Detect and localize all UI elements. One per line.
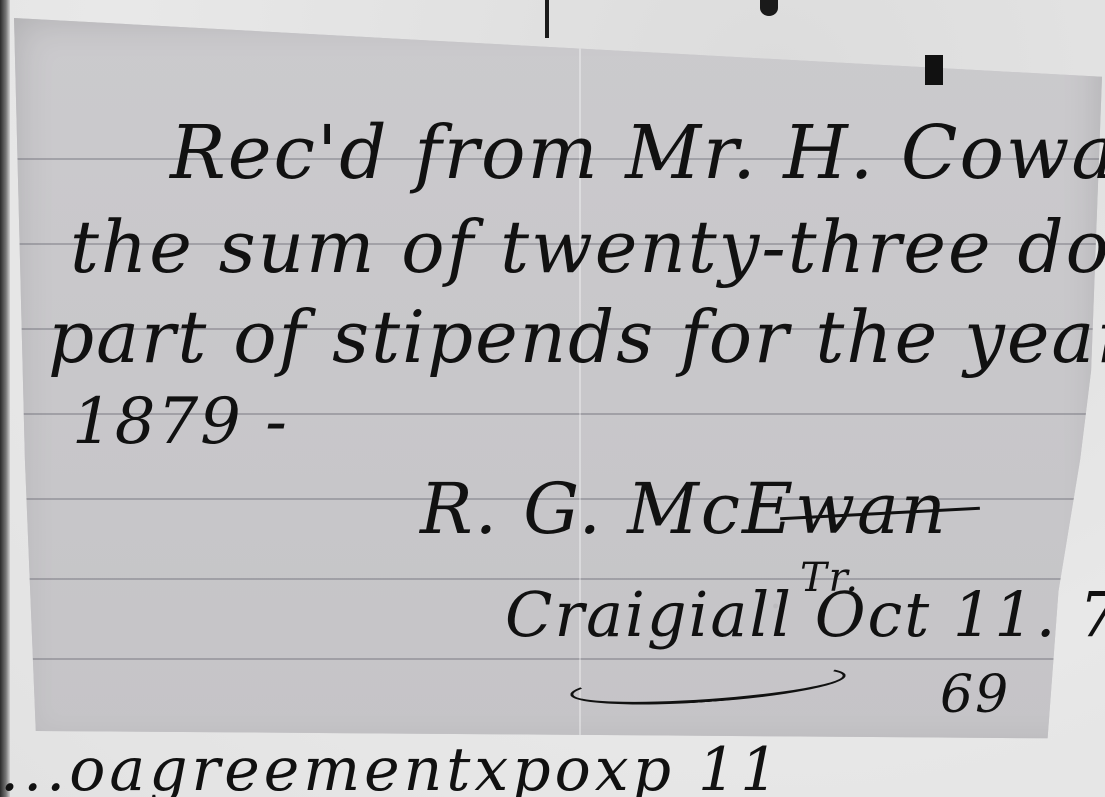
date-year: 69 xyxy=(940,665,1010,725)
signature-name: R. G. McEwan xyxy=(420,468,948,550)
receipt-line-1: Rec'd from Mr. H. Cowan xyxy=(170,110,1105,196)
receipt-line-3: part of stipends for the year xyxy=(48,295,1105,379)
tape-mark xyxy=(925,55,943,85)
background-ink-stroke xyxy=(545,0,549,38)
receipt-line-4: 1879 - xyxy=(72,385,289,459)
place-and-date: Craigiall Oct 11. 79 xyxy=(505,578,1105,651)
ruled-line xyxy=(14,658,1102,660)
scan-edge xyxy=(0,0,10,797)
background-ink-blot xyxy=(760,0,778,16)
background-handwriting: ...oagreementxpoxp 11 xyxy=(0,735,782,797)
receipt-line-2: the sum of twenty-three dollars xyxy=(70,205,1105,289)
